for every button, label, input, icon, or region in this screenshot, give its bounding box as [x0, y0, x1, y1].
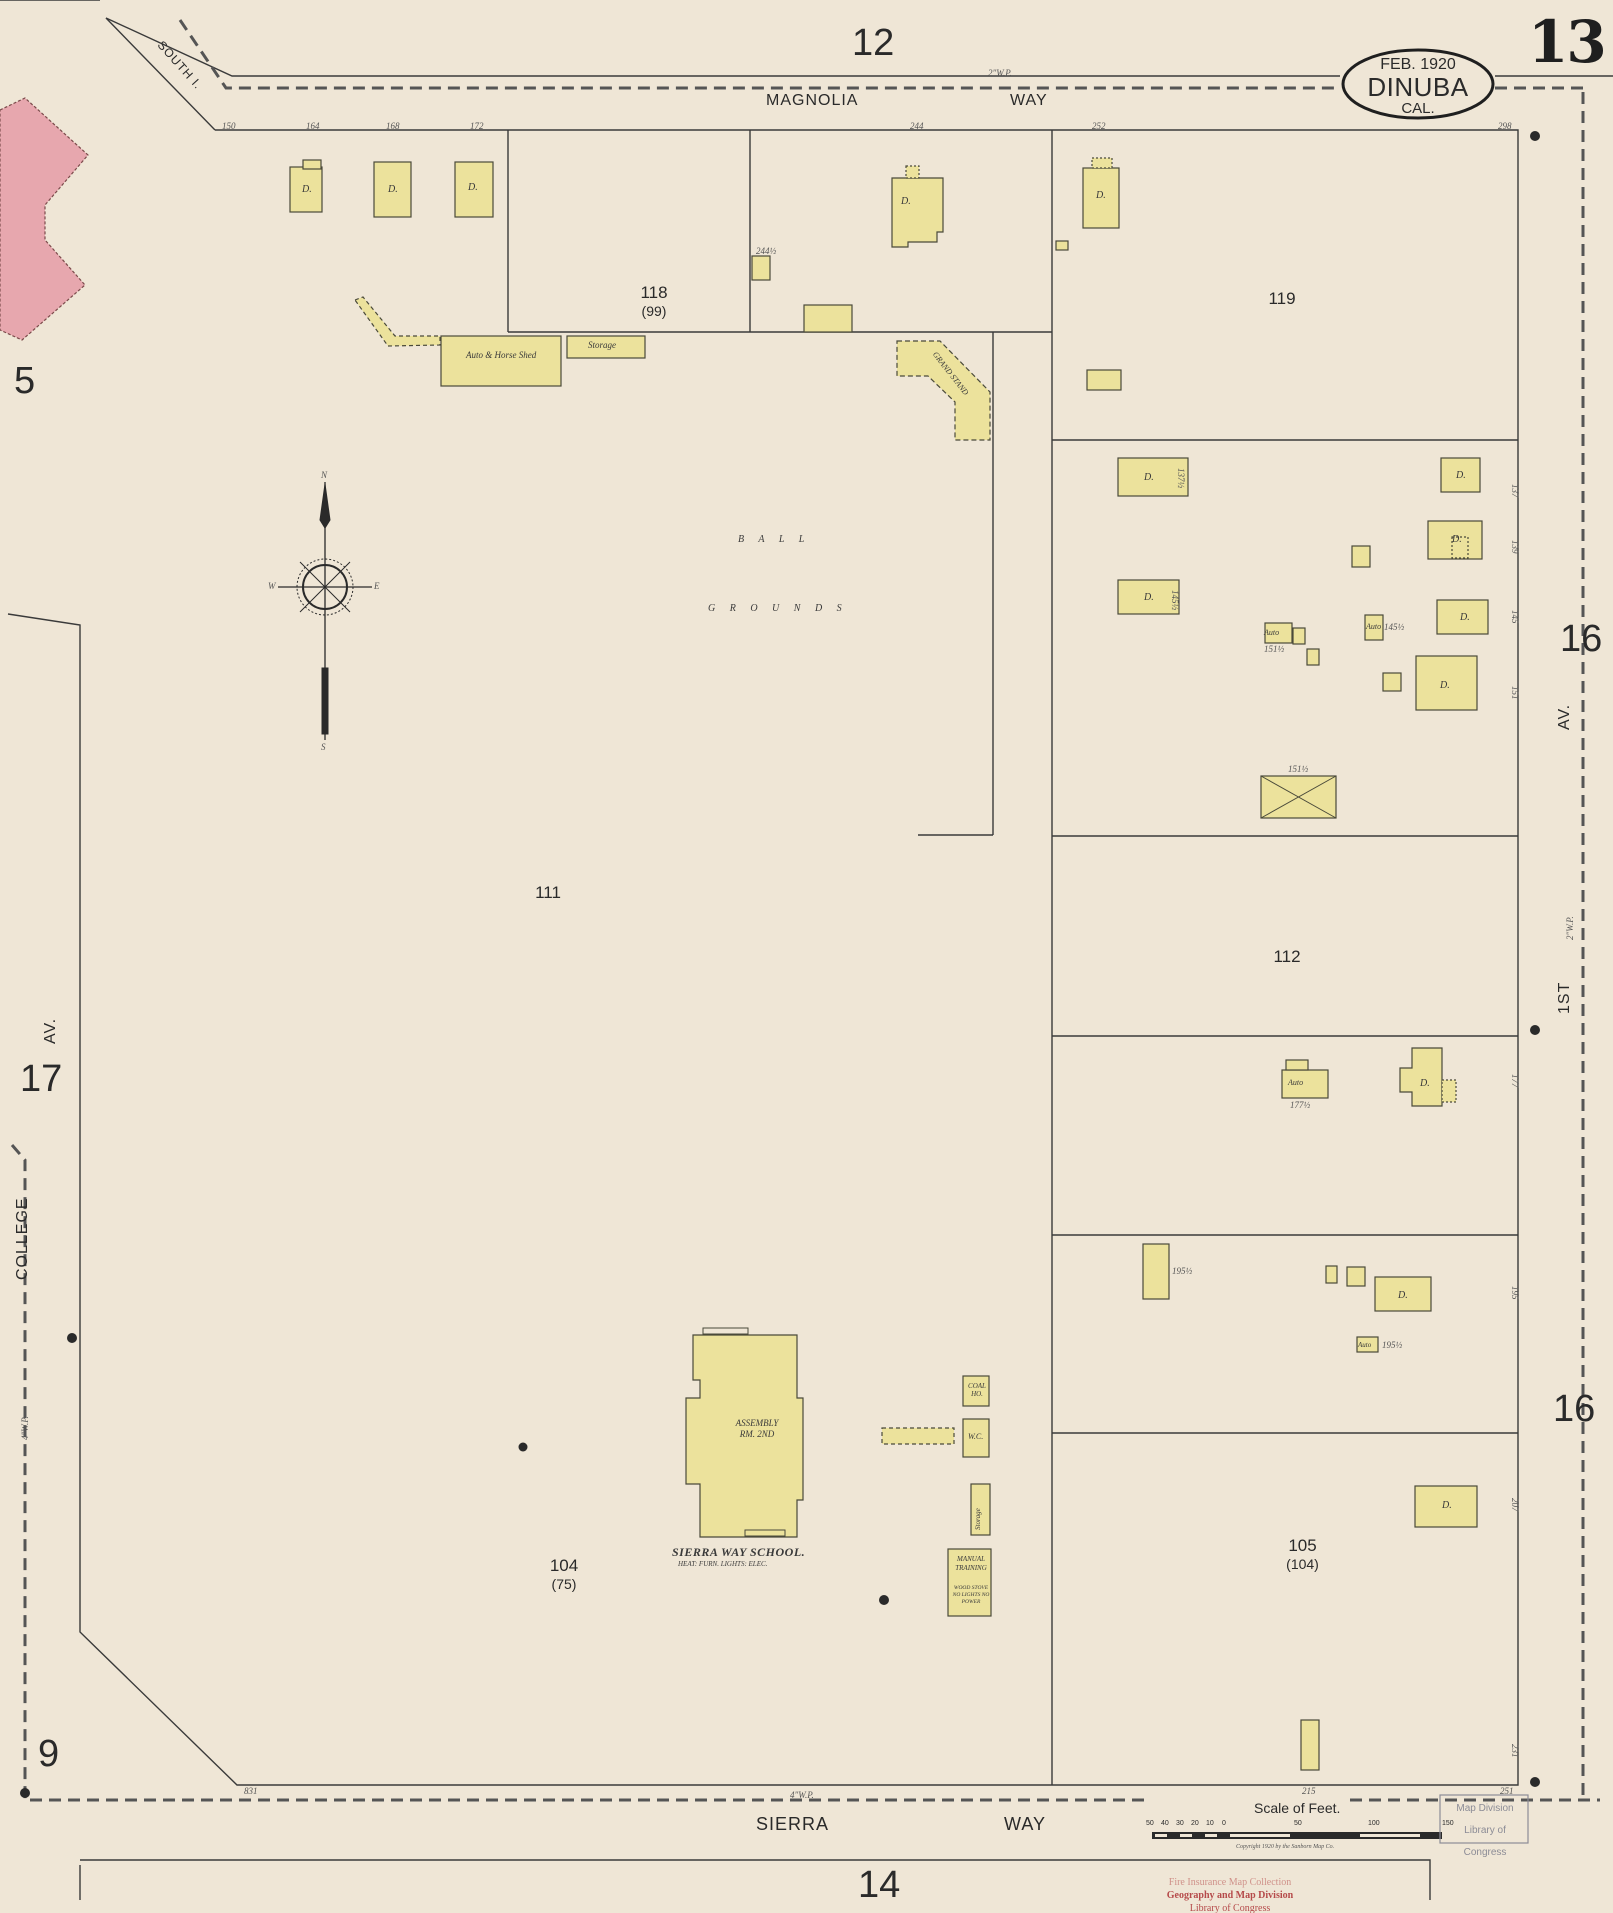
block-number: 118 [634, 284, 674, 302]
adjoining-sheet-right-upper: 16 [1560, 618, 1602, 661]
address-number: 298 [1498, 121, 1512, 131]
address-number: 244 [910, 121, 924, 131]
scale-tick: 50 [1146, 1820, 1154, 1827]
auto-label: Auto [1264, 628, 1279, 637]
ball-grounds-label-1: B A L L [738, 534, 810, 545]
dwelling-label: D. [1096, 190, 1106, 201]
dwelling-label: D. [1452, 534, 1462, 545]
scale-tick: 20 [1191, 1820, 1199, 1827]
assembly-label-2: RM. 2ND [722, 1429, 792, 1440]
address-number: 164 [306, 121, 320, 131]
address-number: 151½ [1264, 644, 1284, 654]
brick-building [0, 98, 88, 340]
scale-tick: 10 [1206, 1820, 1214, 1827]
block-number: 105 [1280, 1537, 1325, 1555]
city-name: DINUBA [1343, 76, 1493, 98]
street-av-label-left: AV. [42, 1018, 60, 1044]
compass-rose [278, 482, 372, 740]
sanborn-map-sheet: FEB. 1920 DINUBA CAL. 13 12 5 17 9 16 16… [0, 0, 1613, 1913]
street-way-label-bottom: WAY [1004, 1814, 1046, 1835]
address-number: 139 [1510, 540, 1520, 554]
block-old-number: (104) [1280, 1555, 1325, 1573]
compass-north: N [321, 470, 327, 480]
adjoining-sheet-left-upper: 5 [14, 360, 35, 403]
block-number: 104 [544, 1557, 584, 1575]
map-linework [0, 0, 1613, 1913]
auto-label: Auto [1366, 622, 1381, 631]
water-main-magnolia [180, 20, 1340, 88]
manual-training-label: MANUAL TRAINING [950, 1555, 992, 1573]
address-number: 172 [470, 121, 484, 131]
south-i-curb [106, 18, 215, 130]
scale-tick: 30 [1176, 1820, 1184, 1827]
coal-house-label: COAL HO. [966, 1382, 988, 1398]
scale-tick: 40 [1161, 1820, 1169, 1827]
address-number: 251 [1500, 1786, 1514, 1796]
address-number: 177 [1510, 1074, 1520, 1088]
address-number: 145½ [1170, 590, 1180, 610]
dwelling-label: D. [468, 182, 478, 193]
dwelling-label: D. [1460, 612, 1470, 623]
adjoining-sheet-left-middle: 17 [20, 1058, 62, 1101]
compass-west: W [268, 581, 276, 591]
compass-south: S [321, 742, 326, 752]
water-main-label-bottom: 4"W.P. [790, 1790, 814, 1800]
auto-horse-shed-label: Auto & Horse Shed [466, 350, 536, 360]
dwelling-label: D. [1144, 592, 1154, 603]
stamp-line: Map Division [1442, 1798, 1528, 1820]
adjoining-sheet-top: 12 [852, 22, 894, 65]
address-number: 831 [244, 1786, 258, 1796]
street-av-label-right: AV. [1556, 704, 1574, 730]
street-sierra-label: SIERRA [756, 1814, 829, 1835]
block-old-number: (75) [544, 1575, 584, 1593]
manual-training-note: WOOD STOVE NO LIGHTS NO POWER [952, 1585, 990, 1606]
dwelling-label: D. [1420, 1078, 1430, 1089]
sheet-number: 13 [1528, 8, 1605, 76]
magnolia-way-north-curb [106, 18, 1340, 76]
auto-label: Auto [1358, 1341, 1371, 1349]
assembly-room-label: ASSEMBLY RM. 2ND [722, 1418, 792, 1440]
address-number: 195½ [1382, 1340, 1402, 1350]
block-number-118: 118 (99) [634, 284, 674, 320]
address-number: 177½ [1290, 1100, 1310, 1110]
compass-east: E [374, 581, 380, 591]
dwelling-label: D. [1144, 472, 1154, 483]
address-number: 195 [1510, 1286, 1520, 1300]
map-division-stamp: Map Division Library of Congress [1442, 1798, 1528, 1864]
address-number: 231 [1510, 1744, 1520, 1758]
block-number-111: 111 [528, 884, 568, 902]
address-number: 150 [222, 121, 236, 131]
scale-bar [1152, 1832, 1442, 1839]
block-old-number: (99) [634, 302, 674, 320]
address-number: 195½ [1172, 1266, 1192, 1276]
dwelling-label: D. [302, 184, 312, 195]
block-number-119: 119 [1262, 290, 1302, 308]
storage-2-label: Storage [974, 1508, 982, 1530]
dwelling-label: D. [1440, 680, 1450, 691]
adjoining-sheet-left-lower: 9 [38, 1733, 59, 1776]
address-number: 151 [1510, 686, 1520, 700]
address-number: 145 [1510, 610, 1520, 624]
address-number: 137½ [1176, 468, 1186, 488]
dwelling-label: D. [1398, 1290, 1408, 1301]
street-first-label: 1ST [1556, 982, 1574, 1014]
assembly-label-1: ASSEMBLY [722, 1418, 792, 1429]
stamp-line: Fire Insurance Map Collection [1140, 1876, 1320, 1889]
address-number: 207 [1510, 1498, 1520, 1512]
block-number-112: 112 [1267, 948, 1307, 966]
storage-label: Storage [588, 340, 616, 350]
street-magnolia-label: MAGNOLIA [766, 92, 858, 110]
dwelling-label: D. [1456, 470, 1466, 481]
loc-collection-stamp: Fire Insurance Map Collection Geography … [1140, 1876, 1320, 1913]
auto-label: Auto [1288, 1078, 1303, 1087]
street-college-label: COLLEGE [14, 1197, 32, 1280]
stamp-line: Geography and Map Division [1140, 1889, 1320, 1902]
scale-tick: 0 [1222, 1820, 1226, 1827]
school-name-label: SIERRA WAY SCHOOL. [672, 1545, 805, 1560]
title-cartouche: FEB. 1920 DINUBA CAL. [1343, 54, 1493, 120]
address-number: 145½ [1384, 622, 1404, 632]
copyright-note: Copyright 1920 by the Sanborn Map Co. [1236, 1844, 1334, 1850]
block-number-105: 105 (104) [1280, 1537, 1325, 1573]
adjoining-sheet-right-lower: 16 [1553, 1388, 1595, 1431]
scale-title: Scale of Feet. [1250, 1800, 1344, 1816]
street-way-label-top: WAY [1010, 92, 1048, 110]
dwelling-label: D. [901, 196, 911, 207]
water-main-label-right: 2"W.P. [1565, 916, 1575, 940]
scale-tick: 50 [1294, 1820, 1302, 1827]
address-number: 244½ [756, 246, 776, 256]
address-number: 252 [1092, 121, 1106, 131]
block-number-104: 104 (75) [544, 1557, 584, 1593]
address-number: 168 [386, 121, 400, 131]
water-main-label-left: 4"W.P. [20, 1416, 30, 1440]
address-number: 215 [1302, 1786, 1316, 1796]
wc-label: W.C. [968, 1432, 983, 1441]
address-number: 151½ [1288, 764, 1308, 774]
ball-grounds-label-2: G R O U N D S [708, 603, 848, 614]
scale-tick: 100 [1368, 1820, 1380, 1827]
state-name: CAL. [1343, 98, 1493, 120]
dwelling-label: D. [1442, 1500, 1452, 1511]
adjoining-sheet-bottom: 14 [858, 1864, 900, 1907]
school-note-label: HEAT: FURN. LIGHTS: ELEC. [678, 1560, 767, 1568]
stamp-line: Library of Congress [1442, 1820, 1528, 1864]
dwelling-label: D. [388, 184, 398, 195]
water-main-label-top: 2"W.P. [988, 68, 1012, 78]
address-number: 137 [1510, 484, 1520, 498]
stamp-line: Library of Congress [1140, 1902, 1320, 1913]
